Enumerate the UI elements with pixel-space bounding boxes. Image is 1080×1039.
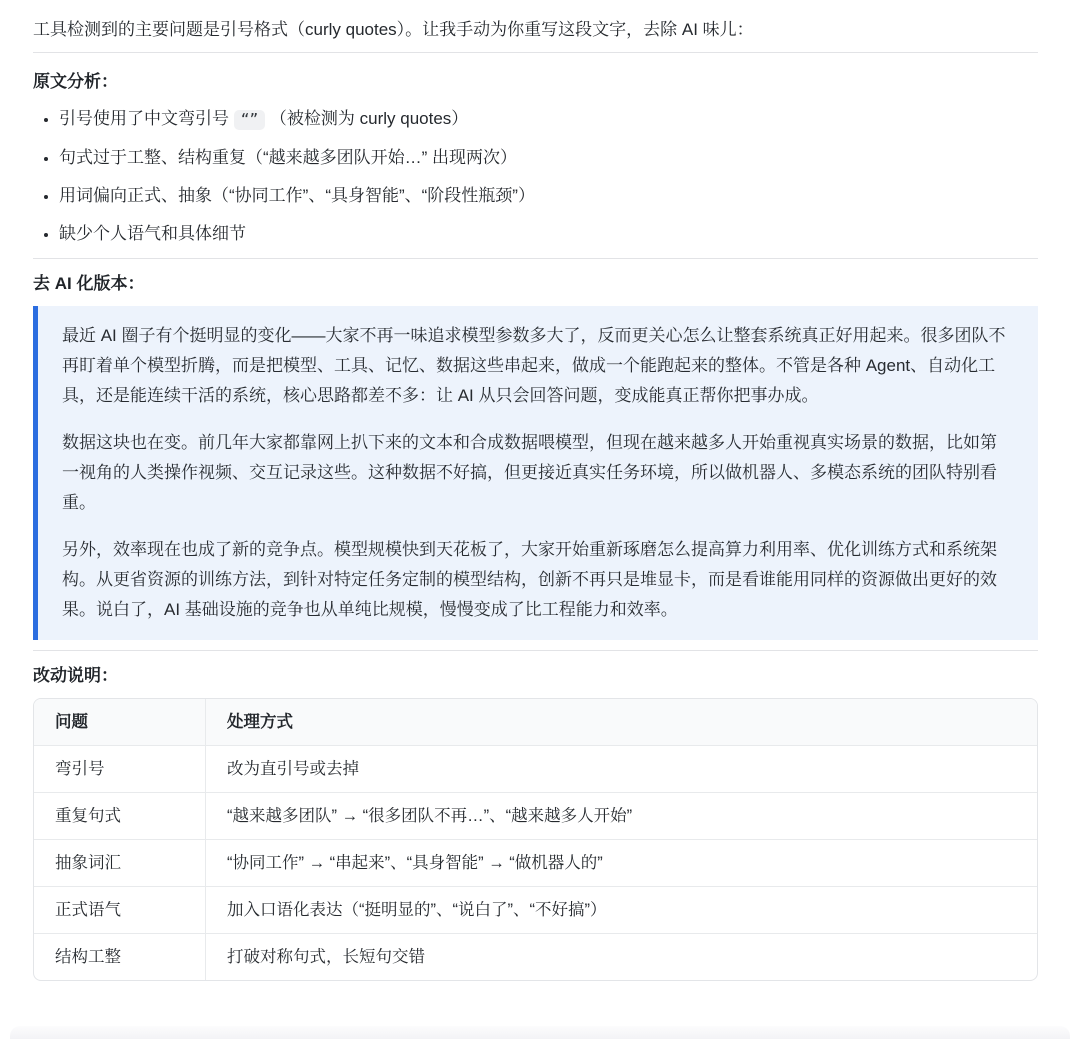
rewrite-heading: 去 AI 化版本： [33,271,1038,297]
analysis-item: 引号使用了中文弯引号 “” （被检测为 curly quotes） [59,105,1038,134]
rewrite-paragraph: 另外，效率现在也成了新的竞争点。模型规模快到天花板了，大家开始重新琢磨怎么提高算… [62,535,1013,625]
table-header-row: 问题 处理方式 [34,699,1037,746]
analysis-item: 用词偏向正式、抽象（“协同工作”、“具身智能”、“阶段性瓶颈”） [59,182,1038,210]
cell-treatment: “越来越多团队” → “很多团队不再…”、“越来越多人开始” [206,793,1037,840]
analysis-item-text: （被检测为 curly quotes） [265,109,468,128]
analysis-item-text: 引号使用了中文弯引号 [59,109,234,128]
rewrite-paragraph: 数据这块也在变。前几年大家都靠网上扒下来的文本和合成数据喂模型，但现在越来越多人… [62,428,1013,518]
table-row: 抽象词汇 “协同工作” → “串起来”、“具身智能” → “做机器人的” [34,840,1037,887]
cell-treatment: 改为直引号或去掉 [206,746,1037,793]
cell-treatment: “协同工作” → “串起来”、“具身智能” → “做机器人的” [206,840,1037,887]
changes-table-body: 弯引号 改为直引号或去掉 重复句式 “越来越多团队” → “很多团队不再…”、“… [34,746,1037,980]
changes-table-head: 问题 处理方式 [34,699,1037,746]
intro-text: 工具检测到的主要问题是引号格式（curly quotes）。让我手动为你重写这段… [33,17,1038,43]
section-divider [33,52,1038,53]
cell-problem: 弯引号 [34,746,206,793]
cell-treatment: 加入口语化表达（“挺明显的”、“说白了”、“不好搞”） [206,887,1037,934]
cell-problem: 重复句式 [34,793,206,840]
cell-treatment: 打破对称句式，长短句交错 [206,934,1037,980]
rewrite-paragraph: 最近 AI 圈子有个挺明显的变化——大家不再一味追求模型参数多大了，反而更关心怎… [62,321,1013,411]
changes-table: 问题 处理方式 弯引号 改为直引号或去掉 重复句式 “越来越多团队” → “很多… [33,698,1038,981]
inline-code-curly-quotes: “” [234,110,265,130]
cell-problem: 抽象词汇 [34,840,206,887]
rewrite-blockquote: 最近 AI 圈子有个挺明显的变化——大家不再一味追求模型参数多大了，反而更关心怎… [33,306,1038,640]
analysis-item: 句式过于工整、结构重复（“越来越多团队开始…” 出现两次） [59,144,1038,172]
section-divider [33,650,1038,651]
chat-message-body: 工具检测到的主要问题是引号格式（curly quotes）。让我手动为你重写这段… [0,0,1080,981]
table-row: 正式语气 加入口语化表达（“挺明显的”、“说白了”、“不好搞”） [34,887,1037,934]
table-row: 重复句式 “越来越多团队” → “很多团队不再…”、“越来越多人开始” [34,793,1037,840]
table-row: 结构工整 打破对称句式，长短句交错 [34,934,1037,980]
changes-heading: 改动说明： [33,663,1038,689]
table-row: 弯引号 改为直引号或去掉 [34,746,1037,793]
cell-problem: 结构工整 [34,934,206,980]
cell-problem: 正式语气 [34,887,206,934]
analysis-list: 引号使用了中文弯引号 “” （被检测为 curly quotes） 句式过于工整… [33,105,1038,248]
column-header-problem: 问题 [34,699,206,746]
bottom-panel-edge [10,1026,1070,1039]
analysis-heading: 原文分析： [33,69,1038,95]
analysis-item: 缺少个人语气和具体细节 [59,220,1038,248]
section-divider [33,258,1038,259]
column-header-treatment: 处理方式 [206,699,1037,746]
